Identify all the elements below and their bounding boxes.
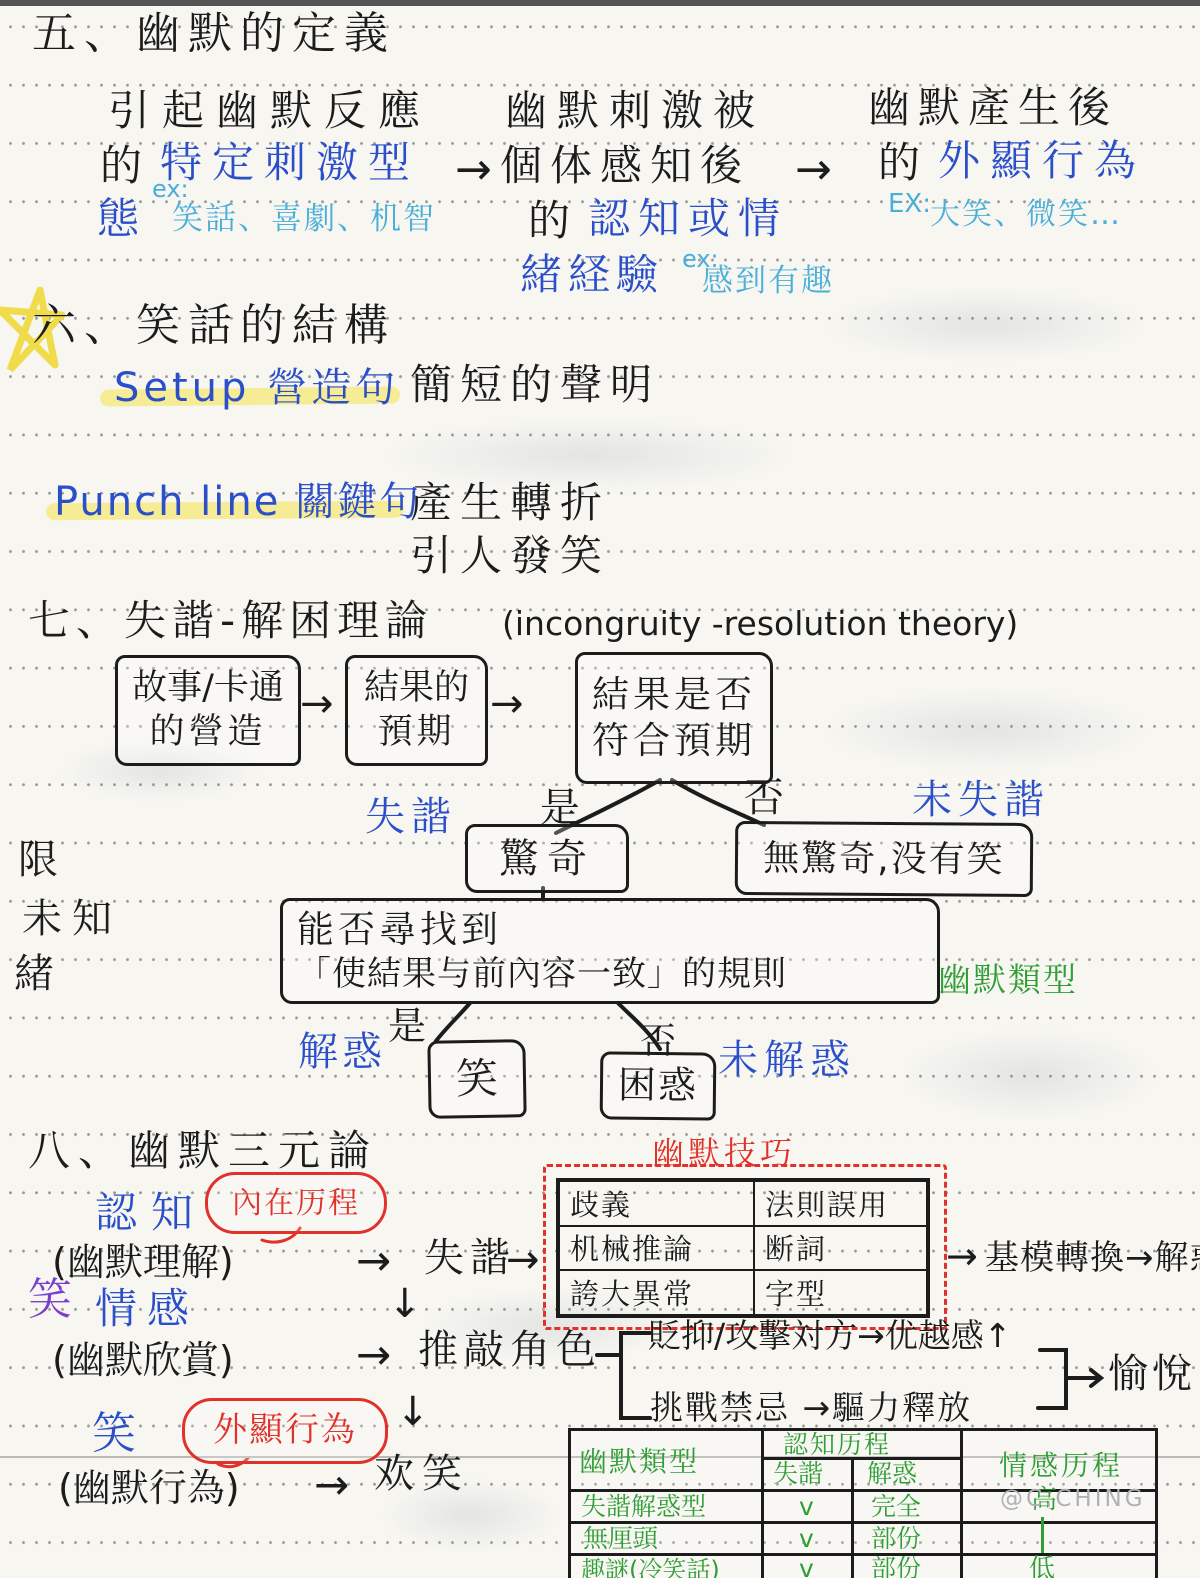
flow-box-rule: 能否尋找到 「使結果与前內容一致」的規則 bbox=[280, 898, 940, 1004]
flow-box-rule-line1: 能否尋找到 bbox=[297, 907, 502, 953]
technique-cell: 法則誤用 bbox=[754, 1181, 927, 1226]
s5-col2-line1: 幽默刺激被 bbox=[505, 88, 765, 134]
bt-row-resolve: 部份 bbox=[871, 1525, 921, 1553]
s5-col3-example: 大笑、微笑… bbox=[930, 198, 1122, 231]
bt-row-type: 無厘頭 bbox=[583, 1525, 658, 1553]
s8-arrow-3: → bbox=[946, 1236, 978, 1278]
punchline-description-1: 產生轉折 bbox=[410, 480, 610, 526]
s5-col2-line3-black: 的 bbox=[528, 198, 570, 244]
ink-bleed-artifact bbox=[820, 690, 1150, 770]
s5-col1-example-label: ex: bbox=[152, 176, 189, 202]
flow-box-story: 故事/卡通 的營造 bbox=[115, 655, 301, 766]
section8-title: 八、幽默三元論 bbox=[28, 1128, 378, 1174]
flow-box-expectation-line2: 預期 bbox=[377, 711, 455, 755]
pleasure-label: 愉悅 bbox=[1108, 1352, 1196, 1396]
bt-row-resolve: 部份 bbox=[871, 1555, 921, 1578]
s5-col1-line2-blue: 特定刺激型 bbox=[160, 140, 420, 186]
internal-process-bubble: 內在历程 bbox=[205, 1172, 387, 1234]
no-incongruity-label: 未失諧 bbox=[912, 778, 1050, 822]
s5-col3-example-label: EX: bbox=[888, 190, 931, 219]
bt-row-check: v bbox=[799, 1493, 814, 1521]
punchline-description-2: 引人發笑 bbox=[410, 533, 610, 579]
flow-box-expectation-line1: 結果的 bbox=[364, 667, 469, 711]
section5-title: 五、幽默的定義 bbox=[32, 10, 396, 58]
taboo-branch: 挑戰禁忌 →驅力釋放 bbox=[650, 1390, 972, 1426]
bt-type-header: 幽默類型 bbox=[579, 1447, 699, 1478]
branch-no-label: 否 bbox=[744, 776, 784, 820]
laughter-label: 欢笑 bbox=[374, 1452, 470, 1496]
incongruity-label: 失諧 bbox=[365, 795, 457, 839]
s5-col3-line2-blue: 外顯行為 bbox=[938, 138, 1146, 184]
bt-row-check: v bbox=[799, 1525, 814, 1553]
flow-box-surprise-text: 驚奇 bbox=[499, 834, 595, 884]
section7-title: 七、失諧-解困理論 bbox=[28, 598, 433, 644]
table-gridline bbox=[851, 1457, 854, 1578]
laugh-node-label: 笑 bbox=[92, 1410, 136, 1458]
technique-table: 歧義 法則誤用 机械推論 断詞 誇大異常 字型 bbox=[556, 1178, 930, 1318]
section7-title-english: (incongruity -resolution theory) bbox=[502, 606, 1018, 642]
overt-behavior-text: 外顯行為 bbox=[213, 1412, 357, 1449]
bt-row-affect-low: 低 bbox=[1029, 1555, 1055, 1578]
flow-box-story-line1: 故事/卡通 bbox=[132, 667, 284, 711]
technique-cell: 断詞 bbox=[754, 1226, 927, 1271]
bt-affect-header: 情感历程 bbox=[999, 1451, 1123, 1482]
behavior-sub-label: (幽默行為) bbox=[58, 1468, 240, 1510]
laugh-margin-label: 笑 bbox=[28, 1276, 72, 1324]
technique-cell: 歧義 bbox=[559, 1181, 754, 1226]
punchline-label: Punch line 關鍵句 bbox=[54, 480, 421, 524]
margin-note-2: 未知 bbox=[22, 897, 122, 941]
down-arrow-1: ↓ bbox=[388, 1282, 422, 1326]
cognition-sub-label: (幽默理解) bbox=[52, 1242, 234, 1284]
affect-sub-label: (幽默欣賞) bbox=[52, 1340, 234, 1382]
branch2-yes-label: 是 bbox=[388, 1006, 426, 1048]
margin-note-3: 緒 bbox=[14, 952, 54, 996]
s8-arrow-5: → bbox=[356, 1332, 391, 1378]
role-appraisal-label: 推敲角色 bbox=[418, 1328, 602, 1372]
s5-arrow-2: → bbox=[795, 146, 832, 194]
affect-label: 情感 bbox=[95, 1286, 199, 1332]
bt-row-check: v bbox=[799, 1555, 814, 1578]
s5-col1-line1: 引起幽默反應 bbox=[108, 88, 432, 134]
s8-incongruity-label: 失諧 bbox=[424, 1236, 516, 1280]
overt-behavior-bubble: 外顯行為 bbox=[182, 1398, 388, 1464]
s8-arrow-1: → bbox=[356, 1238, 391, 1284]
technique-cell: 誇大異常 bbox=[559, 1270, 754, 1315]
down-arrow-2: ↓ bbox=[396, 1390, 430, 1434]
flow-box-expectation: 結果的 預期 bbox=[345, 655, 488, 766]
disparagement-branch: 貶抑/攻擊対方→优越感↑ bbox=[648, 1318, 1011, 1354]
page-edge-strip bbox=[0, 0, 1200, 6]
flow-box-match-line2: 符合預期 bbox=[592, 718, 756, 764]
watermark: @C.CHING bbox=[1000, 1487, 1146, 1512]
humor-type-note: 幽默類型 bbox=[938, 962, 1078, 998]
margin-note-1: 限 bbox=[18, 838, 58, 882]
flow-box-confused: 困惑 bbox=[600, 1051, 717, 1120]
s7-arrow-b: → bbox=[490, 682, 524, 726]
schema-shift-label: 基模轉換→解惑 bbox=[985, 1240, 1200, 1277]
flow-box-no-surprise-text: 無驚奇,没有笑 bbox=[763, 836, 1005, 883]
bt-row-type: 失諧解惑型 bbox=[581, 1493, 706, 1521]
bt-row-resolve: 完全 bbox=[871, 1493, 921, 1521]
s5-col3-line2-black: 的 bbox=[878, 140, 920, 186]
flow-box-confused-text: 困惑 bbox=[618, 1062, 699, 1110]
cognition-label: 認知 bbox=[95, 1190, 207, 1236]
setup-label: Setup 營造句 bbox=[114, 366, 399, 410]
setup-description: 簡短的聲明 bbox=[410, 362, 660, 408]
section6-title: 六、笑話的結構 bbox=[32, 302, 396, 350]
flow-box-match: 結果是否 符合預期 bbox=[575, 652, 773, 784]
flow-box-surprise: 驚奇 bbox=[465, 824, 629, 893]
s8-arrow-2: → bbox=[506, 1238, 540, 1282]
technique-cell: 字型 bbox=[754, 1270, 927, 1315]
s5-col1-line3-blue: 態 bbox=[97, 196, 139, 242]
notebook-page: 五、幽默的定義 引起幽默反應 的 特定刺激型 態 ex: 笑話、喜劇、机智 → … bbox=[0, 0, 1200, 1578]
s5-col1-line2-black: 的 bbox=[100, 143, 142, 189]
s5-arrow-1: → bbox=[455, 146, 492, 194]
bt-row-type: 趣謎(冷笑話) bbox=[581, 1557, 720, 1578]
ink-bleed-artifact bbox=[820, 290, 1150, 360]
s5-col2-line3-blue: 認知或情 bbox=[588, 196, 788, 242]
affect-scale-line bbox=[1041, 1517, 1044, 1553]
internal-process-text: 內在历程 bbox=[232, 1187, 360, 1220]
s5-col1-example: 笑話、喜劇、机智 bbox=[172, 202, 436, 236]
s5-col2-line2: 個体感知後 bbox=[500, 143, 750, 189]
flow-box-laugh: 笑 bbox=[427, 1039, 526, 1119]
bt-subheader-incongruity: 失諧 bbox=[773, 1460, 823, 1488]
flow-box-no-surprise: 無驚奇,没有笑 bbox=[735, 821, 1034, 897]
bt-subheader-resolution: 解惑 bbox=[867, 1460, 917, 1488]
flow-box-match-line1: 結果是否 bbox=[592, 672, 756, 718]
s5-col2-line4-blue: 緒経驗 bbox=[520, 252, 664, 298]
bt-cognitive-header: 認知历程 bbox=[783, 1431, 891, 1459]
technique-cell: 机械推論 bbox=[559, 1226, 754, 1271]
flow-box-story-line2: 的營造 bbox=[149, 711, 266, 755]
s7-arrow-a: → bbox=[300, 682, 334, 726]
table-gridline bbox=[571, 1521, 1155, 1524]
flow-box-laugh-text: 笑 bbox=[456, 1052, 499, 1105]
resolved-label: 解惑 bbox=[298, 1030, 386, 1074]
flow-box-rule-line2: 「使結果与前內容一致」的規則 bbox=[297, 953, 787, 996]
ink-bleed-artifact bbox=[900, 1030, 1160, 1120]
unresolved-label: 未解惑 bbox=[718, 1038, 856, 1082]
s8-arrow-7: → bbox=[314, 1462, 349, 1508]
s5-col2-example: 感到有趣 bbox=[702, 264, 834, 298]
s5-col3-line1: 幽默產生後 bbox=[868, 85, 1118, 131]
